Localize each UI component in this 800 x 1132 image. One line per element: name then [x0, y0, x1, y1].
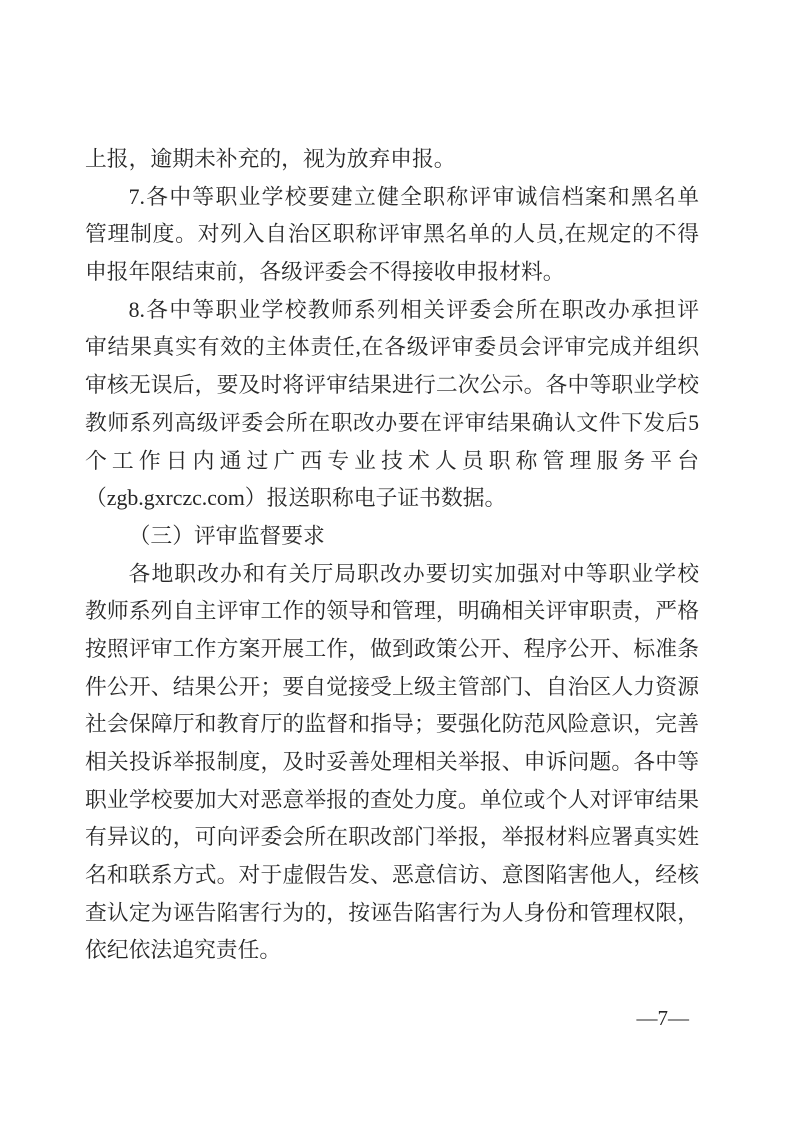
text-line: 职业学校要加大对恶意举报的查处力度。单位或个人对评审结果 [85, 782, 699, 820]
text-line: 审核无误后，要及时将评审结果进行二次公示。各中等职业学校 [85, 367, 699, 405]
text-line: 上报，逾期未补充的，视为放弃申报。 [85, 141, 699, 179]
document-text-block: 上报，逾期未补充的，视为放弃申报。7.各中等职业学校要建立健全职称评审诚信档案和… [85, 141, 699, 970]
text-line: 有异议的，可向评委会所在职改部门举报，举报材料应署真实姓 [85, 819, 699, 857]
text-line: 社会保障厅和教育厅的监督和指导；要强化防范风险意识，完善 [85, 706, 699, 744]
text-line: 管理制度。对列入自治区职称评审黑名单的人员,在规定的不得 [85, 216, 699, 254]
text-line: 申报年限结束前，各级评委会不得接收申报材料。 [85, 254, 699, 292]
text-line: 依纪依法追究责任。 [85, 932, 699, 970]
text-line: 查认定为诬告陷害行为的，按诬告陷害行为人身份和管理权限， [85, 895, 699, 933]
text-line: 名和联系方式。对于虚假告发、恶意信访、意图陷害他人，经核 [85, 857, 699, 895]
text-line: 8.各中等职业学校教师系列相关评委会所在职改办承担评 [85, 292, 699, 330]
text-line: 相关投诉举报制度，及时妥善处理相关举报、申诉问题。各中等 [85, 744, 699, 782]
document-page: 上报，逾期未补充的，视为放弃申报。7.各中等职业学校要建立健全职称评审诚信档案和… [0, 0, 800, 1132]
text-line: （三）评审监督要求 [85, 518, 699, 556]
text-line: 个工作日内通过广西专业技术人员职称管理服务平台 [85, 443, 699, 481]
text-line: 教师系列高级评委会所在职改办要在评审结果确认文件下发后5 [85, 405, 699, 443]
text-line: 审结果真实有效的主体责任,在各级评审委员会评审完成并组织 [85, 329, 699, 367]
text-line: （zgb.gxrczc.com）报送职称电子证书数据。 [85, 480, 699, 518]
text-line: 7.各中等职业学校要建立健全职称评审诚信档案和黑名单 [85, 179, 699, 217]
text-line: 按照评审工作方案开展工作，做到政策公开、程序公开、标准条 [85, 631, 699, 669]
text-line: 教师系列自主评审工作的领导和管理，明确相关评审职责，严格 [85, 593, 699, 631]
text-line: 件公开、结果公开；要自觉接受上级主管部门、自治区人力资源 [85, 669, 699, 707]
page-number: —7— [637, 1006, 690, 1030]
text-line: 各地职改办和有关厅局职改办要切实加强对中等职业学校 [85, 556, 699, 594]
